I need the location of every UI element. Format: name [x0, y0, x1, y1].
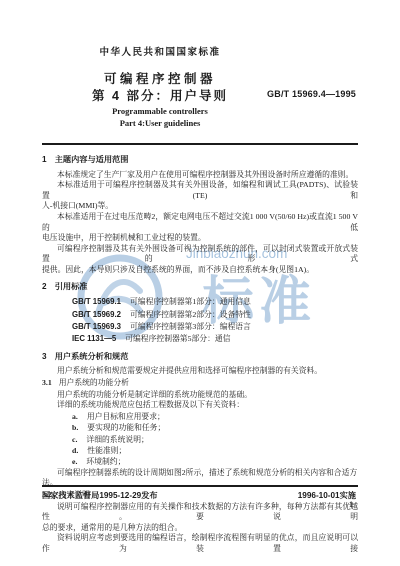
standard-number: GB/T 15969.4—1995	[267, 89, 356, 99]
list-item: b.要实现的功能和任务；	[42, 422, 358, 433]
section-heading: 1 主题内容与适用范围	[42, 155, 358, 166]
list-item-marker: d.	[72, 446, 78, 455]
document-title-en-line2: Part 4:User guidelines	[0, 118, 320, 128]
section-heading: 2 引用标准	[42, 282, 358, 293]
body-line: 总的要求，通常用的是几种方法的组合。	[42, 523, 358, 534]
body-line: 电压设施中，用于控制机械和工业过程的装置。	[42, 233, 358, 244]
page-number: 1	[349, 500, 353, 509]
document-page: 中华人民共和国国家标准 可编程序控制器 第 4 部分：用户导则 GB/T 159…	[0, 0, 400, 566]
list-item-marker: b.	[72, 423, 78, 432]
subsection-title: 用户系统的功能分析	[59, 378, 129, 387]
list-item: a.用户目标和应用要求；	[42, 411, 358, 422]
list-item-text: 用户目标和应用要求；	[87, 412, 165, 421]
subsection-number: 3.1	[42, 378, 52, 387]
implementation-date: 1996-10-01实施	[298, 490, 356, 501]
body-line: 人-机接口(MMI)等。	[42, 201, 358, 212]
list-item-text: 环境制约；	[86, 457, 125, 466]
document-title-cn-line1: 可编程序控制器	[0, 69, 320, 87]
reference-title: 可编程序控制器第2部分：设备特性	[130, 310, 251, 319]
reference-code: IEC 1131—5	[72, 334, 116, 343]
reference-item: GB/T 15969.2可编程序控制器第2部分：设备特性	[42, 309, 358, 321]
body-line: 用户系统的功能分析是制定详细的系统功能规范的基础。	[42, 390, 358, 401]
list-item-marker: a.	[72, 412, 78, 421]
body-line: 用户系统分析和规范需要规定并提供应用和选择可编程序控制器的有关资料。	[42, 366, 358, 377]
list-item-marker: e.	[72, 457, 77, 466]
reference-code: GB/T 15969.3	[72, 322, 121, 331]
reference-item: GB/T 15969.3可编程序控制器第3部分：编程语言	[42, 321, 358, 333]
footer-divider	[42, 485, 358, 487]
reference-code: GB/T 15969.2	[72, 310, 121, 319]
subsection-heading: 3.1用户系统的功能分析	[42, 378, 358, 389]
reference-item: IEC 1131—5可编程序控制器第5部分：通信	[42, 333, 358, 345]
document-title-en-line1: Programmable controllers	[0, 106, 320, 116]
list-item: d.性能准则；	[42, 445, 358, 456]
body-line: 详细的系统功能规范应包括工程数据及以下有关资料：	[42, 400, 358, 411]
body-line: 本标准适用于可编程序控制器及其有关外围设备，如编程和调试工具(PADTS)、试验…	[42, 180, 358, 201]
body-line: 可编程序控制器及其有关外围设备可视为控制系统的部件，可以封闭式装置或开放式装置的…	[42, 244, 358, 265]
body-line: 本标准适用于在过电压范畴2，额定电网电压不超过交流1 000 V(50/60 H…	[42, 212, 358, 233]
issue-authority-date: 国家技术监督局1995-12-29发布	[42, 490, 158, 501]
reference-title: 可编程序控制器第1部分：通用信息	[130, 297, 251, 306]
national-standard-label: 中华人民共和国国家标准	[0, 44, 320, 58]
body-line: 本标准规定了生产厂家及用户在使用可编程序控制器及其外围设备时所应遵循的准则。	[42, 170, 358, 181]
list-item: c.详细的系统说明；	[42, 434, 358, 445]
list-item-marker: c.	[72, 435, 77, 444]
section-heading: 3 用户系统分析和规范	[42, 352, 358, 363]
reference-item: GB/T 15969.1可编程序控制器第1部分：通用信息	[42, 296, 358, 308]
reference-title: 可编程序控制器第5部分：通信	[125, 334, 230, 343]
body-line: 提供。因此，本导则只涉及自控系统的界面，而不涉及自控系统本身(见图1A)。	[42, 265, 358, 276]
body-line: 说明可编程序控制器应用的有关操作和技术数据的方法有许多种，每种方法都有其优越性。…	[42, 502, 358, 523]
reference-title: 可编程序控制器第3部分：编程语言	[130, 322, 251, 331]
list-item-text: 要实现的功能和任务；	[87, 423, 165, 432]
list-item-text: 性能准则；	[87, 446, 126, 455]
list-item-text: 详细的系统说明；	[86, 435, 148, 444]
body-line: 资料说明应考虑到要选用的编程语言，绘制程序流程图有明显的优点，而且应说明可以作为…	[42, 533, 358, 554]
reference-code: GB/T 15969.1	[72, 297, 121, 306]
header-divider	[42, 143, 358, 145]
list-item: e.环境制约；	[42, 456, 358, 467]
